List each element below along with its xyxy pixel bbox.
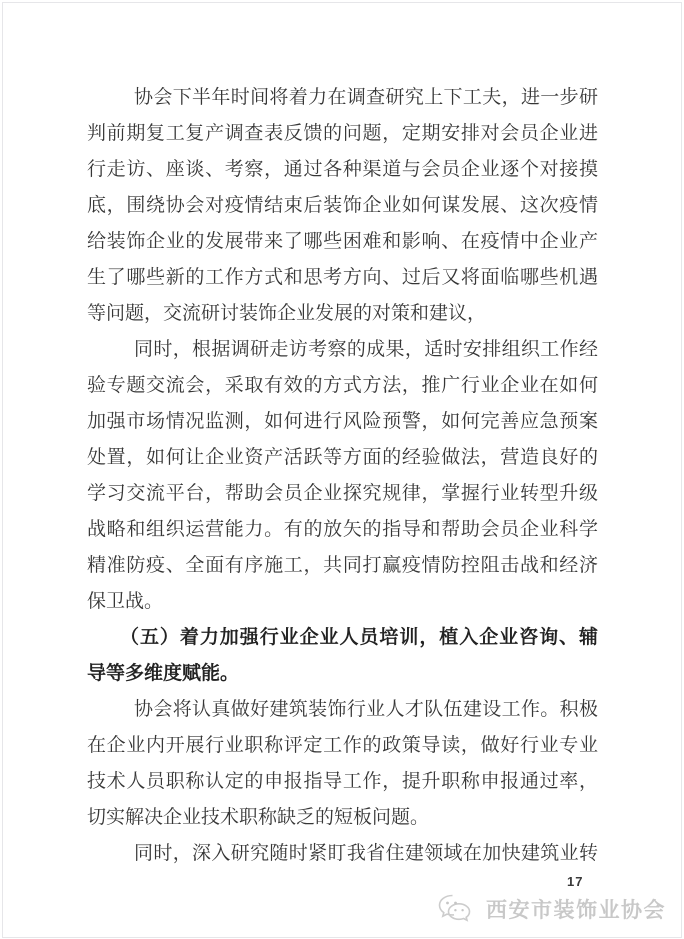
footer-watermark: 西安市装饰业协会 <box>437 893 666 925</box>
body-line: 协会将认真做好建筑装饰行业人才队伍建设工作。积极 <box>87 692 598 728</box>
body-line: 战略和组织运营能力。有的放矢的指导和帮助会员企业科学 <box>87 512 598 548</box>
body-line: 同时，深入研究随时紧盯我省住建领域在加快建筑业转 <box>87 836 598 872</box>
document-page: 协会下半年时间将着力在调查研究上下工夫，进一步研 判前期复工复产调查表反馈的问题… <box>0 0 684 939</box>
body-line: 协会下半年时间将着力在调查研究上下工夫，进一步研 <box>87 80 598 116</box>
body-line: 给装饰企业的发展带来了哪些困难和影响、在疫情中企业产 <box>87 224 598 260</box>
body-line: 底，围绕协会对疫情结束后装饰企业如何谋发展、这次疫情 <box>87 188 598 224</box>
body-line: 精准防疫、全面有序施工，共同打赢疫情防控阻击战和经济 <box>87 548 598 584</box>
body-line: 切实解决企业技术职称缺乏的短板问题。 <box>87 800 598 836</box>
body-line: 加强市场情况监测，如何进行风险预警，如何完善应急预案 <box>87 404 598 440</box>
footer-brand-text: 西安市装饰业协会 <box>486 894 666 924</box>
body-line: 同时，根据调研走访考察的成果，适时安排组织工作经 <box>87 332 598 368</box>
body-line: 行走访、座谈、考察，通过各种渠道与会员企业逐个对接摸 <box>87 152 598 188</box>
body-line: 在企业内开展行业职称评定工作的政策导读，做好行业专业 <box>87 728 598 764</box>
body-line: 保卫战。 <box>87 584 598 620</box>
body-line: 学习交流平台，帮助会员企业探究规律，掌握行业转型升级 <box>87 476 598 512</box>
body-line: 技术人员职称认定的申报指导工作，提升职称申报通过率， <box>87 764 598 800</box>
body-line: 判前期复工复产调查表反馈的问题，定期安排对会员企业进 <box>87 116 598 152</box>
section-heading-line: （五）着力加强行业企业人员培训，植入企业咨询、辅 <box>87 620 598 656</box>
section-heading-line: 导等多维度赋能。 <box>87 656 598 692</box>
wechat-icon <box>437 893 479 925</box>
document-body: 协会下半年时间将着力在调查研究上下工夫，进一步研 判前期复工复产调查表反馈的问题… <box>87 80 598 872</box>
body-line: 等问题，交流研讨装饰企业发展的对策和建议， <box>87 296 598 332</box>
body-line: 验专题交流会，采取有效的方式方法，推广行业企业在如何 <box>87 368 598 404</box>
body-line: 生了哪些新的工作方式和思考方向、过后又将面临哪些机遇 <box>87 260 598 296</box>
body-line: 处置，如何让企业资产活跃等方面的经验做法，营造良好的 <box>87 440 598 476</box>
page-number: 17 <box>567 874 583 889</box>
